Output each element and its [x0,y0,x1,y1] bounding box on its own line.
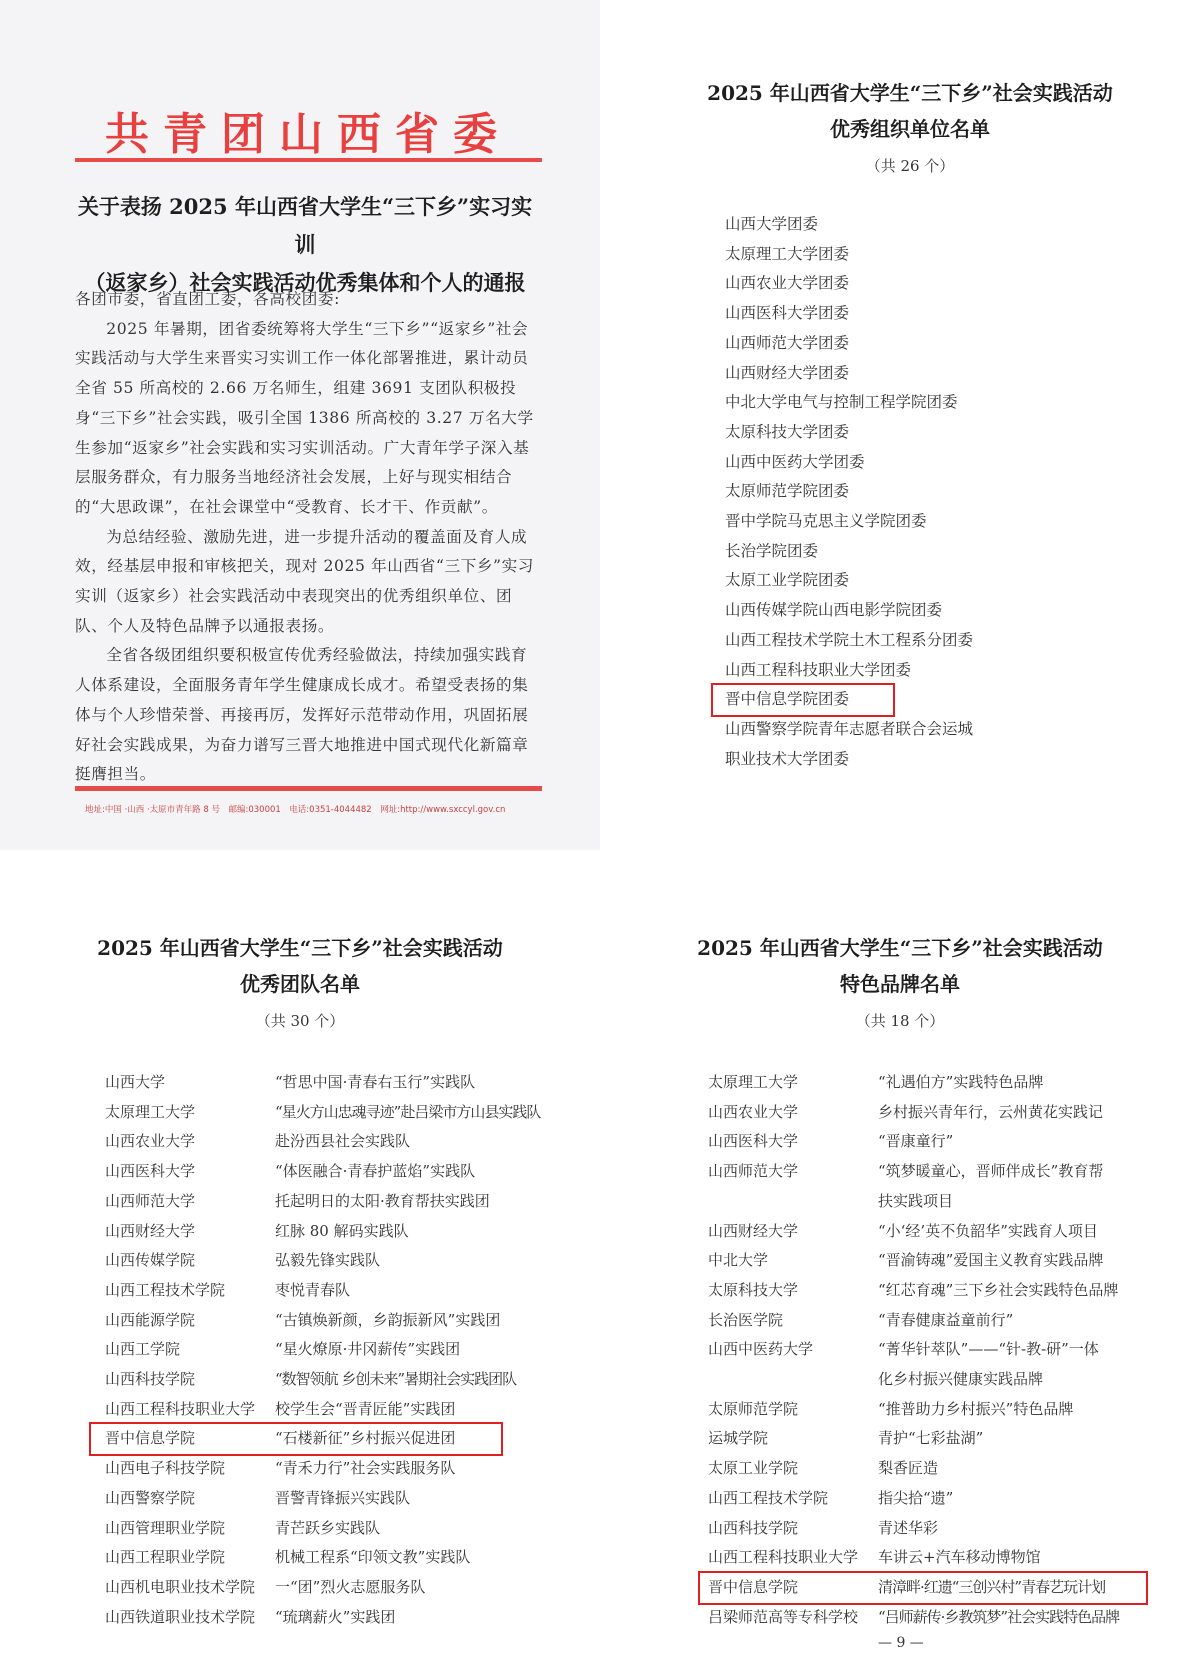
table-row: 山西能源学院“古镇焕新颜，乡韵振新风”实践团 [105,1306,540,1336]
team-cell: 弘毅先锋实践队 [275,1246,380,1276]
team-cell: 晋警青锋振兴实践队 [275,1484,410,1514]
org-units-page: 2025 年山西省大学生“三下乡”社会实践活动 优秀组织单位名单 （共 26 个… [640,0,1200,850]
table-row: 太原理工大学“礼遇伯方”实践特色品牌 [708,1068,1146,1098]
teams-count: （共 30 个） [70,1010,530,1031]
school-cell: 晋中信息学院 [708,1573,878,1603]
brand-cell: 扶实践项目 [878,1187,953,1217]
list-item: 山西传媒学院山西电影学院团委 [725,596,973,626]
brands-page: 2025 年山西省大学生“三下乡”社会实践活动 特色品牌名单 （共 18 个） … [620,900,1200,1680]
school-cell: 中北大学 [708,1246,878,1276]
brand-cell: 化乡村振兴健康实践品牌 [878,1365,1043,1395]
table-row: 山西财经大学红脉 80 解码实践队 [105,1217,540,1247]
team-cell: “古镇焕新颜，乡韵振新风”实践团 [275,1306,500,1336]
table-row: 山西农业大学赴汾西县社会实践队 [105,1127,540,1157]
table-row: 长治医学院“青春健康益童前行” [708,1306,1146,1336]
list-item: 山西医科大学团委 [725,299,973,329]
list-item: 太原科技大学团委 [725,418,973,448]
table-row: 山西电子科技学院“青禾力行”社会实践服务队 [105,1454,540,1484]
table-row: 山西科技学院青述华彩 [708,1514,1146,1544]
school-cell: 吕梁师范高等专科学校 [708,1603,878,1633]
title-line1: 2025 年山西省大学生“三下乡”社会实践活动 [660,75,1160,111]
brand-cell: “青春健康益童前行” [878,1306,1013,1336]
school-cell: 山西铁道职业技术学院 [105,1603,275,1633]
school-cell: 山西财经大学 [708,1217,878,1247]
school-cell: 太原师范学院 [708,1395,878,1425]
table-row: 山西师范大学托起明日的太阳·教育帮扶实践团 [105,1187,540,1217]
school-cell: 长治医学院 [708,1306,878,1336]
table-row: 山西工程技术学院指尖拾“遗” [708,1484,1146,1514]
list-item: 太原工业学院团委 [725,566,973,596]
footer-contact: 地址:中国 ·山西 ·太原市青年路 8 号 邮编:030001 电话:0351-… [85,803,505,815]
title-line1: 2025 年山西省大学生“三下乡”社会实践活动 [670,930,1130,966]
school-cell: 山西工程职业学院 [105,1543,275,1573]
title-line1: 2025 年山西省大学生“三下乡”社会实践活动 [70,930,530,966]
list-item: 山西工程科技职业大学团委 [725,656,973,686]
paragraph-2: 为总结经验、激励先进，进一步提升活动的覆盖面及育人成效，经基层申报和审核把关，现… [75,523,537,642]
team-cell: 托起明日的太阳·教育帮扶实践团 [275,1187,490,1217]
table-row-continuation: 化乡村振兴健康实践品牌 [708,1365,1146,1395]
team-cell: “哲思中国·青春右玉行”实践队 [275,1068,475,1098]
list-item: 长治学院团委 [725,537,973,567]
table-row: 山西工学院“星火燎原·井冈薪传”实践团 [105,1335,540,1365]
team-cell: 机械工程系“印领文教”实践队 [275,1543,470,1573]
notice-title-line1: 关于表扬 2025 年山西省大学生“三下乡”实习实训 [70,188,540,264]
brand-cell: 车讲云+汽车移动博物馆 [878,1543,1041,1573]
table-row: 吕梁师范高等专科学校“吕师薪传·乡教筑梦”社会实践特色品牌 [708,1603,1146,1633]
school-cell: 山西医科大学 [708,1127,878,1157]
footer-red-rule [75,786,542,791]
table-row: 山西科技学院“数智领航 乡创未来”暑期社会实践团队 [105,1365,540,1395]
school-cell: 山西工学院 [105,1335,275,1365]
school-cell: 太原理工大学 [708,1068,878,1098]
school-cell: 山西科技学院 [105,1365,275,1395]
list-item: 山西大学团委 [725,210,973,240]
salutation: 各团市委，省直团工委，各高校团委: [75,285,537,315]
highlighted-table-row: 晋中信息学院清漳畔·红遗“三创兴村”青春艺玩计划 [700,1573,1146,1603]
team-cell: 一“团”烈火志愿服务队 [275,1573,425,1603]
brand-cell: “菁华针萃队”——“针-教-研”一体 [878,1335,1099,1365]
paragraph-3: 全省各级团组织要积极宣传优秀经验做法，持续加强实践育人体系建设，全面服务青年学生… [75,641,537,790]
team-cell: “石楼新征”乡村振兴促进团 [275,1424,455,1454]
teams-title: 2025 年山西省大学生“三下乡”社会实践活动 优秀团队名单 [70,930,530,1002]
school-cell: 山西工程技术学院 [708,1484,878,1514]
school-cell: 山西农业大学 [105,1127,275,1157]
school-cell: 太原理工大学 [105,1098,275,1128]
school-cell: 山西机电职业技术学院 [105,1573,275,1603]
brand-cell: 清漳畔·红遗“三创兴村”青春艺玩计划 [878,1573,1105,1603]
list-item: 晋中学院马克思主义学院团委 [725,507,973,537]
school-cell: 山西农业大学 [708,1098,878,1128]
school-cell: 山西师范大学 [105,1187,275,1217]
table-row: 中北大学“晋渝铸魂”爱国主义教育实践品牌 [708,1246,1146,1276]
brands-count: （共 18 个） [670,1010,1130,1031]
title-line2: 特色品牌名单 [670,966,1130,1002]
table-row: 山西医科大学“体医融合·青春护蓝焰”实践队 [105,1157,540,1187]
table-row: 山西农业大学乡村振兴青年行，云州黄花实践记 [708,1098,1146,1128]
table-row: 山西传媒学院弘毅先锋实践队 [105,1246,540,1276]
list-item: 山西中医药大学团委 [725,448,973,478]
brand-cell: “红芯育魂”三下乡社会实践特色品牌 [878,1276,1118,1306]
team-cell: 青芒跃乡实践队 [275,1514,380,1544]
notice-page: 共青团山西省委 关于表扬 2025 年山西省大学生“三下乡”实习实训 （返家乡）… [0,0,600,850]
school-cell: 山西工程科技职业大学 [708,1543,878,1573]
table-row: 山西师范大学“筑梦暖童心，晋师伴成长”教育帮 [708,1157,1146,1187]
table-row: 山西工程技术学院枣悦青春队 [105,1276,540,1306]
brand-cell: 乡村振兴青年行，云州黄花实践记 [878,1098,1103,1128]
school-cell: 山西管理职业学院 [105,1514,275,1544]
brand-cell: “吕师薪传·乡教筑梦”社会实践特色品牌 [878,1603,1119,1633]
list-item: 山西警察学院青年志愿者联合会运城 [725,715,973,745]
list-item: 山西工程技术学院土木工程系分团委 [725,626,973,656]
school-cell: 山西传媒学院 [105,1246,275,1276]
table-row: 山西铁道职业技术学院“琉璃薪火”实践团 [105,1603,540,1633]
team-cell: “青禾力行”社会实践服务队 [275,1454,455,1484]
table-row: 山西财经大学“小‘经’英不负韶华”实践育人项目 [708,1217,1146,1247]
title-line2: 优秀团队名单 [70,966,530,1002]
brand-cell: “小‘经’英不负韶华”实践育人项目 [878,1217,1098,1247]
table-row: 山西警察学院晋警青锋振兴实践队 [105,1484,540,1514]
teams-page: 2025 年山西省大学生“三下乡”社会实践活动 优秀团队名单 （共 30 个） … [0,900,600,1680]
list-item: 山西农业大学团委 [725,269,973,299]
brand-cell: “晋康童行” [878,1127,953,1157]
table-row: 山西工程科技职业大学校学生会“晋青匠能”实践团 [105,1395,540,1425]
team-cell: “体医融合·青春护蓝焰”实践队 [275,1157,475,1187]
paragraph-1: 2025 年暑期，团省委统筹将大学生“三下乡”“返家乡”社会实践活动与大学生来晋… [75,315,537,523]
brand-cell: “晋渝铸魂”爱国主义教育实践品牌 [878,1246,1103,1276]
list-item: 职业技术大学团委 [725,745,973,775]
school-cell: 山西能源学院 [105,1306,275,1336]
teams-table: 山西大学“哲思中国·青春右玉行”实践队 太原理工大学“星火方山忠魂寻迹”赴吕梁市… [105,1068,540,1632]
team-cell: “星火方山忠魂寻迹”赴吕梁市方山县实践队 [275,1098,540,1128]
list-item: 太原师范学院团委 [725,477,973,507]
school-cell: 山西警察学院 [105,1484,275,1514]
table-row: 太原师范学院“推普助力乡村振兴”特色品牌 [708,1395,1146,1425]
school-cell: 山西师范大学 [708,1157,878,1187]
table-row-continuation: 扶实践项目 [708,1187,1146,1217]
brand-cell: “推普助力乡村振兴”特色品牌 [878,1395,1073,1425]
header-red-rule [75,158,542,162]
school-cell: 山西大学 [105,1068,275,1098]
team-cell: “琉璃薪火”实践团 [275,1603,395,1633]
school-cell: 太原工业学院 [708,1454,878,1484]
title-line2: 优秀组织单位名单 [660,111,1160,147]
school-cell: 晋中信息学院 [105,1424,275,1454]
team-cell: “星火燎原·井冈薪传”实践团 [275,1335,460,1365]
table-row: 山西医科大学“晋康童行” [708,1127,1146,1157]
table-row: 太原理工大学“星火方山忠魂寻迹”赴吕梁市方山县实践队 [105,1098,540,1128]
table-row: 山西机电职业技术学院一“团”烈火志愿服务队 [105,1573,540,1603]
brand-cell: 梨香匠造 [878,1454,938,1484]
brands-title: 2025 年山西省大学生“三下乡”社会实践活动 特色品牌名单 [670,930,1130,1002]
team-cell: “数智领航 乡创未来”暑期社会实践团队 [275,1365,516,1395]
table-row: 山西大学“哲思中国·青春右玉行”实践队 [105,1068,540,1098]
list-item: 山西财经大学团委 [725,359,973,389]
school-cell: 山西中医药大学 [708,1335,878,1365]
list-item: 山西师范大学团委 [725,329,973,359]
brand-cell: 指尖拾“遗” [878,1484,953,1514]
list-item: 中北大学电气与控制工程学院团委 [725,388,973,418]
org-units-count: （共 26 个） [660,155,1160,176]
notice-body: 各团市委，省直团工委，各高校团委: 2025 年暑期，团省委统筹将大学生“三下乡… [75,285,537,790]
team-cell: 校学生会“晋青匠能”实践团 [275,1395,455,1425]
brands-table: 太原理工大学“礼遇伯方”实践特色品牌 山西农业大学乡村振兴青年行，云州黄花实践记… [708,1068,1146,1632]
school-cell [708,1365,878,1395]
highlighted-list-item: 晋中信息学院团委 [713,685,893,715]
highlighted-table-row: 晋中信息学院“石楼新征”乡村振兴促进团 [91,1424,501,1454]
table-row: 太原工业学院梨香匠造 [708,1454,1146,1484]
brand-cell: 青述华彩 [878,1514,938,1544]
school-cell [708,1187,878,1217]
school-cell: 山西科技学院 [708,1514,878,1544]
table-row: 运城学院青护“七彩盐湖” [708,1424,1146,1454]
brand-cell: “礼遇伯方”实践特色品牌 [878,1068,1043,1098]
school-cell: 山西电子科技学院 [105,1454,275,1484]
school-cell: 山西工程科技职业大学 [105,1395,275,1425]
table-row: 山西中医药大学“菁华针萃队”——“针-教-研”一体 [708,1335,1146,1365]
team-cell: 枣悦青春队 [275,1276,350,1306]
brand-cell: “筑梦暖童心，晋师伴成长”教育帮 [878,1157,1103,1187]
school-cell: 山西医科大学 [105,1157,275,1187]
team-cell: 红脉 80 解码实践队 [275,1217,409,1247]
school-cell: 山西财经大学 [105,1217,275,1247]
school-cell: 山西工程技术学院 [105,1276,275,1306]
table-row: 山西管理职业学院青芒跃乡实践队 [105,1514,540,1544]
school-cell: 太原科技大学 [708,1276,878,1306]
table-row: 山西工程科技职业大学车讲云+汽车移动博物馆 [708,1543,1146,1573]
table-row: 山西工程职业学院机械工程系“印领文教”实践队 [105,1543,540,1573]
team-cell: 赴汾西县社会实践队 [275,1127,410,1157]
brand-cell: 青护“七彩盐湖” [878,1424,983,1454]
org-header: 共青团山西省委 [105,98,545,162]
list-item: 太原理工大学团委 [725,240,973,270]
school-cell: 运城学院 [708,1424,878,1454]
page-number: — 9 — [878,1635,924,1651]
table-row: 太原科技大学“红芯育魂”三下乡社会实践特色品牌 [708,1276,1146,1306]
org-units-title: 2025 年山西省大学生“三下乡”社会实践活动 优秀组织单位名单 [660,75,1160,147]
org-units-list: 山西大学团委 太原理工大学团委 山西农业大学团委 山西医科大学团委 山西师范大学… [725,210,973,774]
